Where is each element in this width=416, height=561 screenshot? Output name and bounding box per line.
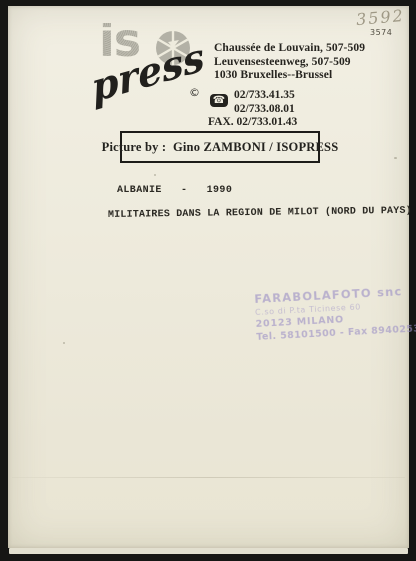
paper-speck	[154, 174, 156, 176]
address-line-2: Leuvensesteenweg, 507-509	[214, 56, 365, 70]
picture-credit-label: Picture by : Gino ZAMBONI / ISOPRESS	[102, 140, 339, 155]
phone-number-1: 02/733.41.35	[234, 89, 295, 103]
paper-speck	[394, 157, 397, 159]
printed-archive-number: 3574	[370, 28, 392, 37]
handwritten-archive-number: 3592	[355, 6, 405, 29]
paper-background: 3592 3574 is press © Chaussée de Lo	[8, 6, 409, 548]
fax-number: FAX. 02/733.01.43	[208, 116, 297, 128]
photo-paper-edge	[9, 548, 408, 554]
address-line-1: Chaussée de Louvain, 507-509	[214, 42, 365, 56]
phone-numbers: 02/733.41.35 02/733.08.01	[234, 89, 295, 116]
address-line-3: 1030 Bruxelles--Brussel	[214, 69, 365, 83]
caption-country-year: ALBANIE - 1990	[117, 185, 232, 196]
farabolafoto-stamp: FARABOLAFOTO snc C.so di P.ta Ticinese 6…	[254, 283, 416, 343]
paper-speck	[63, 342, 65, 344]
phone-number-2: 02/733.08.01	[234, 103, 295, 117]
telephone-icon: ☎	[210, 94, 228, 107]
picture-credit-box: Picture by : Gino ZAMBONI / ISOPRESS	[120, 131, 320, 163]
agency-address: Chaussée de Louvain, 507-509 Leuvenseste…	[214, 42, 365, 83]
press-photo-back: 3592 3574 is press © Chaussée de Lo	[0, 0, 416, 561]
copyright-symbol: ©	[189, 86, 200, 99]
paper-crease	[12, 477, 405, 478]
caption-description: MILITAIRES DANS LA REGION DE MILOT (NORD…	[108, 206, 412, 221]
